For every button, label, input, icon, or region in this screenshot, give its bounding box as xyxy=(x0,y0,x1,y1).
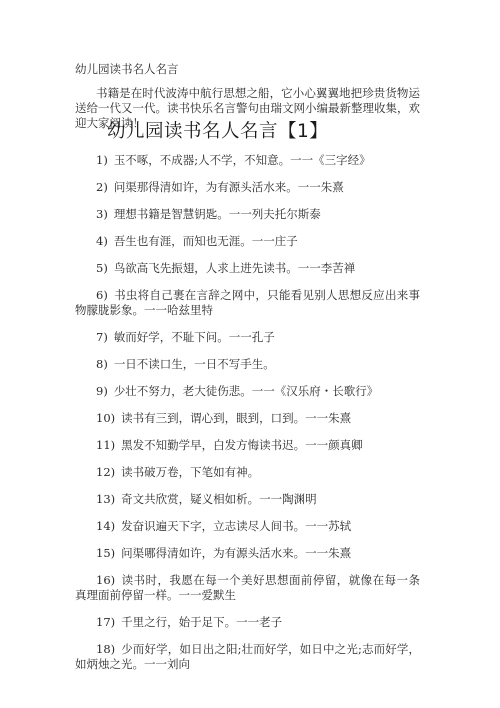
quote-item: 8)一日不读口生，一日不写手生。 xyxy=(75,357,420,372)
quote-text: 鸟欲高飞先振翅，人求上进先读书。一一李苦禅 xyxy=(114,261,356,275)
quote-number: 4) xyxy=(96,234,108,248)
quote-text: 读书有三到，谓心到，眼到，口到。一一朱熹 xyxy=(121,411,351,425)
quote-item: 1)玉不啄，不成器;人不学，不知意。一一《三字经》 xyxy=(75,153,420,168)
document-page: 幼儿园读书名人名言 书籍是在时代波涛中航行思想之船，它小心翼翼地把珍贵货物运送给… xyxy=(0,0,500,708)
quote-text: 少壮不努力，老大徒伤悲。一一《汉乐府・长歌行》 xyxy=(114,384,379,398)
quote-item: 12)读书破万卷，下笔如有神。 xyxy=(75,465,420,480)
quote-item: 16)读书时，我愿在每一个美好思想面前停留，就像在每一条真理面前停留一样。一一爱… xyxy=(75,573,420,603)
quote-text: 敏而好学，不耻下问。一一孔子 xyxy=(114,330,275,344)
quote-number: 12) xyxy=(96,465,115,479)
quote-item: 6)书虫将自己裹在言辞之网中，只能看见别人思想反应出来事物朦胧影象。一一哈兹里特 xyxy=(75,288,420,318)
quote-text: 玉不啄，不成器;人不学，不知意。一一《三字经》 xyxy=(114,153,371,167)
quote-number: 17) xyxy=(96,615,115,629)
quote-item: 3)理想书籍是智慧钥匙。一一列夫托尔斯泰 xyxy=(75,207,420,222)
quote-number: 3) xyxy=(96,207,108,221)
quote-item: 9)少壮不努力，老大徒伤悲。一一《汉乐府・长歌行》 xyxy=(75,384,420,399)
quote-item: 18)少而好学，如日出之阳;壮而好学，如日中之光;志而好学，如炳烛之光。一一刘向 xyxy=(75,642,420,672)
quote-number: 18) xyxy=(96,642,115,656)
document-title: 幼儿园读书名人名言 xyxy=(75,62,179,77)
quote-list: 1)玉不啄，不成器;人不学，不知意。一一《三字经》 2)问渠那得清如许，为有源头… xyxy=(75,153,420,684)
quote-text: 发奋识遍天下字，立志读尽人间书。一一苏轼 xyxy=(121,519,351,533)
quote-item: 5)鸟欲高飞先振翅，人求上进先读书。一一李苦禅 xyxy=(75,261,420,276)
quote-text: 黑发不知勤学早，白发方悔读书迟。一一颜真卿 xyxy=(121,438,363,452)
quote-text: 奇文共欣赏，疑义相如析。一一陶渊明 xyxy=(121,492,317,506)
quote-text: 读书破万卷，下笔如有神。 xyxy=(121,465,259,479)
quote-item: 13)奇文共欣赏，疑义相如析。一一陶渊明 xyxy=(75,492,420,507)
quote-number: 8) xyxy=(96,357,108,371)
quote-text: 吾生也有涯，而知也无涯。一一庄子 xyxy=(114,234,298,248)
section-heading: 幼儿园读书名人名言【1】 xyxy=(107,120,328,144)
quote-number: 6) xyxy=(96,288,108,302)
quote-text: 读书时，我愿在每一个美好思想面前停留，就像在每一条真理面前停留一样。一一爱默生 xyxy=(75,573,420,602)
quote-number: 2) xyxy=(96,180,108,194)
quote-item: 10)读书有三到，谓心到，眼到，口到。一一朱熹 xyxy=(75,411,420,426)
quote-number: 10) xyxy=(96,411,115,425)
quote-number: 11) xyxy=(96,438,115,452)
quote-number: 9) xyxy=(96,384,108,398)
quote-item: 11)黑发不知勤学早，白发方悔读书迟。一一颜真卿 xyxy=(75,438,420,453)
quote-text: 千里之行，始于足下。一一老子 xyxy=(121,615,282,629)
quote-item: 14)发奋识遍天下字，立志读尽人间书。一一苏轼 xyxy=(75,519,420,534)
quote-number: 7) xyxy=(96,330,108,344)
quote-item: 7)敏而好学，不耻下问。一一孔子 xyxy=(75,330,420,345)
quote-text: 一日不读口生，一日不写手生。 xyxy=(114,357,275,371)
quote-text: 理想书籍是智慧钥匙。一一列夫托尔斯泰 xyxy=(114,207,321,221)
quote-text: 书虫将自己裹在言辞之网中，只能看见别人思想反应出来事物朦胧影象。一一哈兹里特 xyxy=(75,288,420,317)
quote-item: 17)千里之行，始于足下。一一老子 xyxy=(75,615,420,630)
quote-item: 2)问渠那得清如许，为有源头活水来。一一朱熹 xyxy=(75,180,420,195)
quote-number: 13) xyxy=(96,492,115,506)
quote-number: 15) xyxy=(96,546,115,560)
quote-number: 14) xyxy=(96,519,115,533)
quote-number: 16) xyxy=(96,573,115,587)
quote-text: 问渠那得清如许，为有源头活水来。一一朱熹 xyxy=(114,180,344,194)
quote-number: 5) xyxy=(96,261,108,275)
quote-text: 问渠哪得清如许，为有源头活水来。一一朱熹 xyxy=(121,546,351,560)
quote-item: 15)问渠哪得清如许，为有源头活水来。一一朱熹 xyxy=(75,546,420,561)
quote-text: 少而好学，如日出之阳;壮而好学，如日中之光;志而好学，如炳烛之光。一一刘向 xyxy=(75,642,420,671)
quote-item: 4)吾生也有涯，而知也无涯。一一庄子 xyxy=(75,234,420,249)
quote-number: 1) xyxy=(96,153,108,167)
